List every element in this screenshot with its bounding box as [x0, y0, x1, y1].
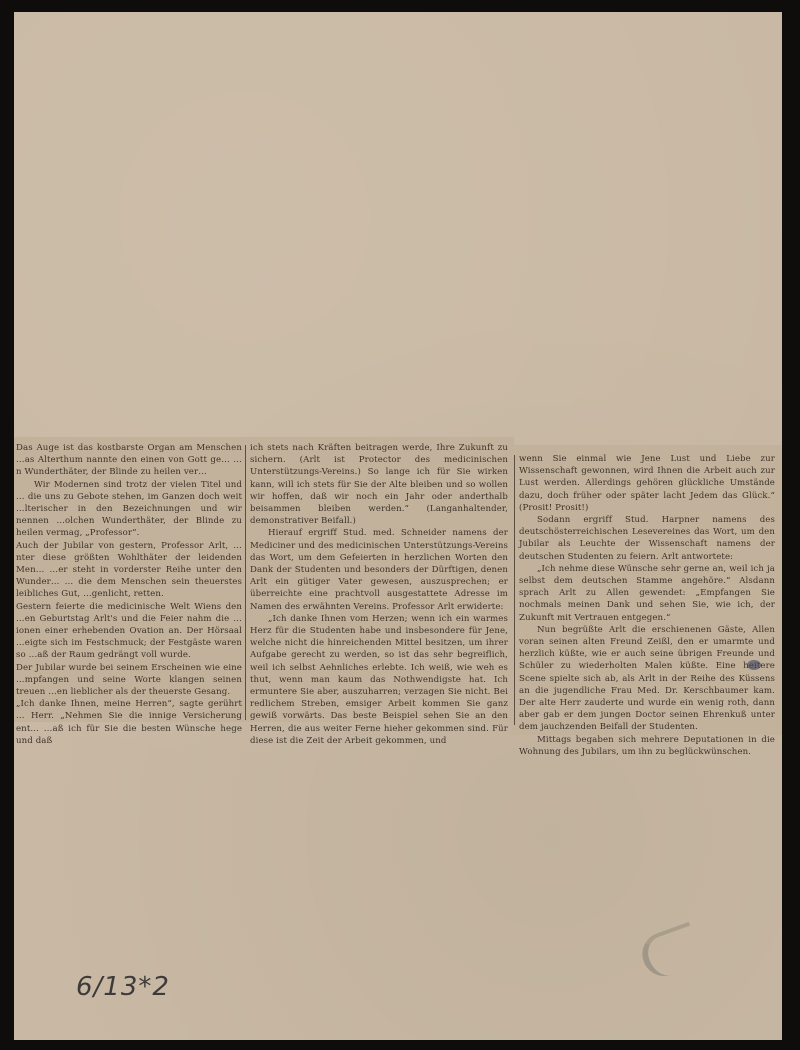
clipping-column-1: Das Auge ist das kostbarste Organ am Men… [16, 442, 242, 747]
column-divider [514, 455, 515, 725]
handwritten-catalog-number: 6/13*2 [76, 972, 170, 1002]
paragraph: Nun begrüßte Arlt die erschienenen Gäste… [519, 624, 775, 734]
paragraph: Auch der Jubilar von gestern, Professor … [16, 540, 242, 601]
paragraph: ich stets nach Kräften beitragen werde, … [250, 442, 508, 527]
clipping-column-2: ich stets nach Kräften beitragen werde, … [250, 442, 508, 747]
paragraph: Gestern feierte die medicinische Welt Wi… [16, 601, 242, 662]
archival-page: Das Auge ist das kostbarste Organ am Men… [14, 12, 782, 1040]
ink-blot [747, 660, 761, 670]
paragraph: wenn Sie einmal wie Jene Lust und Liebe … [519, 453, 775, 514]
newspaper-clipping-right: wenn Sie einmal wie Jene Lust und Liebe … [511, 445, 782, 735]
paragraph: Hierauf ergriff Stud. med. Schneider nam… [250, 527, 508, 612]
paragraph: Das Auge ist das kostbarste Organ am Men… [16, 442, 242, 479]
newspaper-clipping-left: Das Auge ist das kostbarste Organ am Men… [14, 437, 514, 722]
clipping-column-3: wenn Sie einmal wie Jene Lust und Liebe … [519, 453, 775, 758]
paragraph: „Ich danke Ihnen, meine Herren“, sagte g… [16, 698, 242, 747]
paragraph: Wir Modernen sind trotz der vielen Titel… [16, 479, 242, 540]
column-divider [245, 445, 246, 720]
paragraph: Mittags begaben sich mehrere Deputatione… [519, 734, 775, 758]
paragraph: „Ich nehme diese Wünsche sehr gerne an, … [519, 563, 775, 624]
paragraph: Der Jubilar wurde bei seinem Erscheinen … [16, 662, 242, 699]
paragraph: „Ich danke Ihnen vom Herzen; wenn ich ei… [250, 613, 508, 747]
paper-stain [636, 922, 704, 982]
paragraph: Sodann ergriff Stud. Harpner namens des … [519, 514, 775, 563]
